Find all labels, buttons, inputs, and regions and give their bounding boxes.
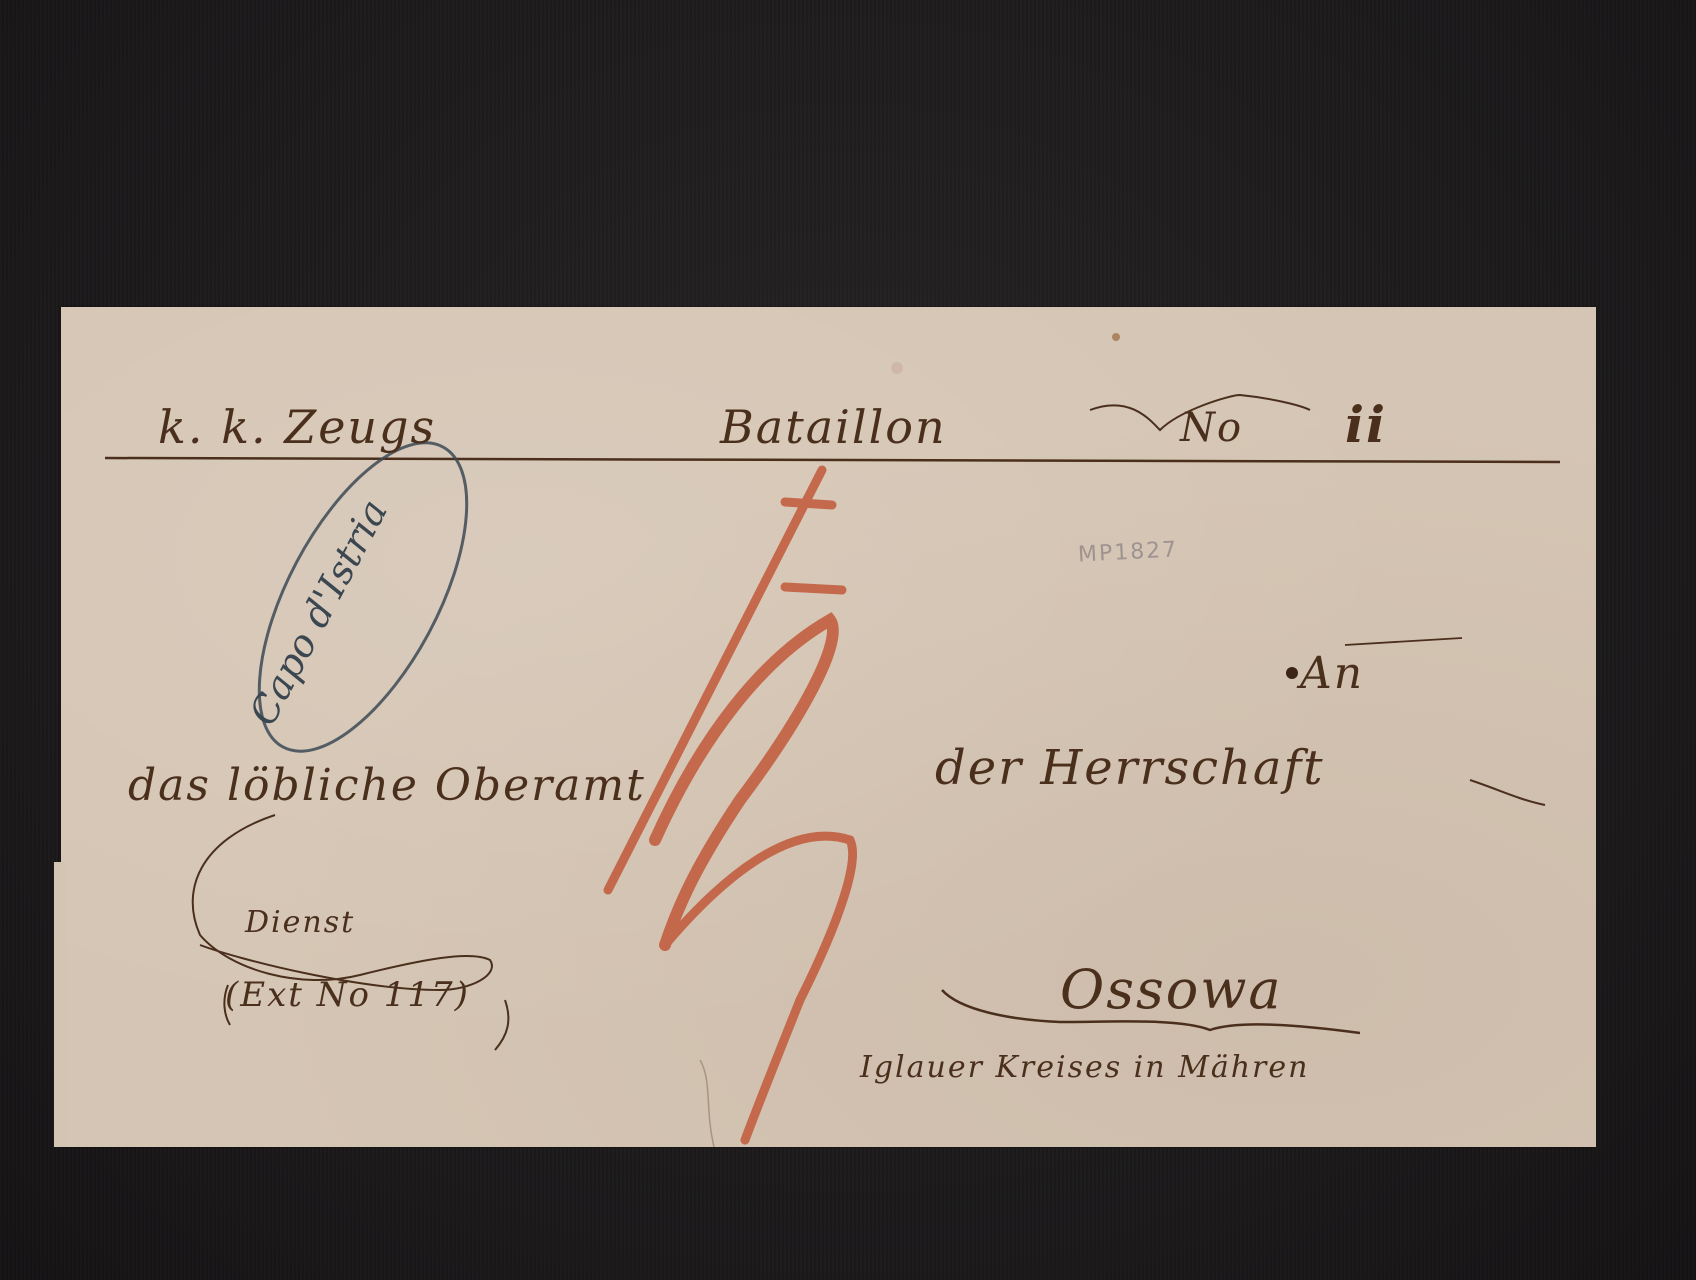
service-note-line1: Dienst [245,905,355,940]
top-line-prefix: k. k. Zeugs [158,400,436,454]
address-region: Iglauer Kreises in Mähren [860,1050,1309,1085]
address-line1-right: der Herrschaft [935,740,1325,796]
cover-flap-edge [54,862,66,1147]
address-place: Ossowa [1060,958,1283,1021]
address-salutation: An [1300,648,1364,699]
top-line-number: ii [1345,395,1387,454]
top-line-number-label: No [1180,405,1243,451]
top-line-unit: Bataillon [720,400,947,454]
pencil-note: MP1827 [1077,537,1178,567]
service-note-line2: (Ext No 117) [225,975,470,1015]
address-line1-left: das löbliche Oberamt [128,760,646,811]
